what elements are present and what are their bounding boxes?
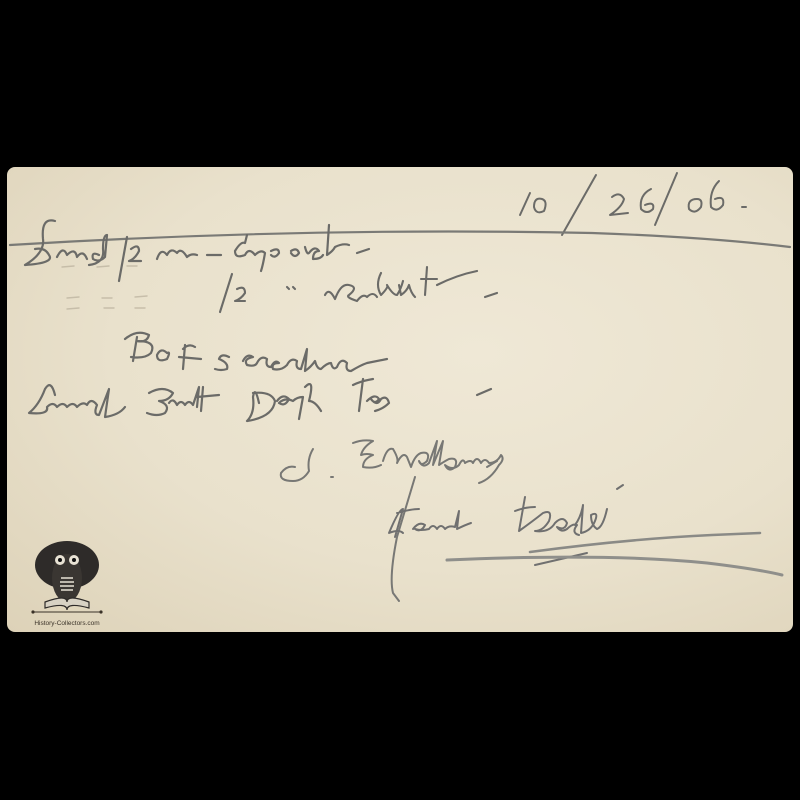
watermark-divider <box>17 630 117 632</box>
owl-on-book-icon <box>17 530 117 620</box>
postcard: 10/26/06. Send 1/2 M - Caporals - 1/2 " … <box>7 167 793 632</box>
watermark-logo: History-Collectors.com <box>17 530 117 632</box>
watermark-text: History-Collectors.com <box>17 620 117 627</box>
